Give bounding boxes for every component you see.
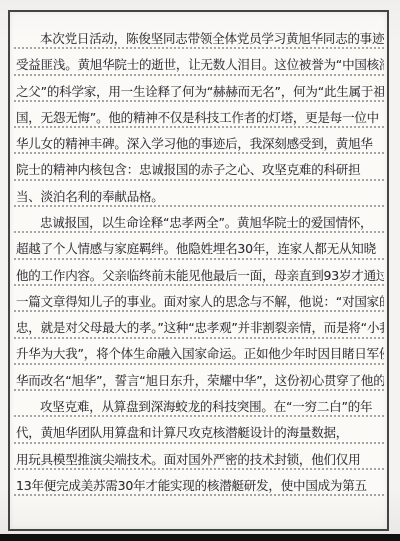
handwritten-line-text: 代，黄旭华团队用算盘和计算尺攻克核潜艇设计的海量数据， [16,426,348,440]
handwritten-line: 攻坚克难，从算盘到深海蛟龙的科技突围。在“一穷二白”的年 [14,391,384,417]
handwritten-line-text: 他的工作内容。父亲临终前未能见他最后一面，母亲直到93岁才通过 [16,269,384,283]
handwritten-line-text: 华儿女的精神丰碑。深入学习他的事迹后，我深刻感受到，黄旭华 [16,137,373,151]
handwritten-line-text: 之父”的科学家，用一生诠释了何为“赫赫而无名”，何为“此生属于祖 [16,85,384,99]
handwritten-line: 忠诚报国，以生命诠释“忠孝两全”。黄旭华院士的爱国情怀， [14,207,384,233]
handwritten-line: 用玩具模型推演尖端技术。面对国外严密的技术封锁，他们仅用 [14,444,384,470]
paper-border-frame: 本次党日活动，陈俊坚同志带领全体党员学习黄旭华同志的事迹，令我 受益匪浅。黄旭华… [8,10,389,531]
handwritten-line: 华儿女的精神丰碑。深入学习他的事迹后，我深刻感受到，黄旭华 [14,128,384,154]
photo-of-handwritten-page: 本次党日活动，陈俊坚同志带领全体党员学习黄旭华同志的事迹，令我 受益匪浅。黄旭华… [0,0,400,541]
handwritten-line: 国，无怨无悔”。他的精神不仅是科技工作者的灯塔，更是每一位中 [14,102,384,128]
handwritten-line-text: 攻坚克难，从算盘到深海蛟龙的科技突围。在“一穷二白”的年 [40,400,372,414]
handwritten-line: 忠，就是对父母最大的孝。”这种“忠孝观”并非割裂亲情，而是将“小我 [14,312,384,338]
handwritten-line: 他的工作内容。父亲临终前未能见他最后一面，母亲直到93岁才通过 [14,260,384,286]
handwritten-line: 本次党日活动，陈俊坚同志带领全体党员学习黄旭华同志的事迹，令我 [14,23,384,49]
handwritten-line: 超越了个人情感与家庭羁绊。他隐姓埋名30年，连家人都无从知晓 [14,233,384,259]
handwritten-line-text: 升华为大我”，将个体生命融入国家命运。正如他少年时因目睹日军侵 [16,347,384,361]
manuscript: 本次党日活动，陈俊坚同志带领全体党员学习黄旭华同志的事迹，令我 受益匪浅。黄旭华… [14,23,384,496]
handwritten-line-text: 华而改名“旭华”，誓言“旭日东升，荣耀中华”，这份初心贯穿了他的一生 [16,374,384,388]
handwritten-line-text: 本次党日活动，陈俊坚同志带领全体党员学习黄旭华同志的事迹，令我 [40,32,384,46]
handwritten-line-text: 用玩具模型推演尖端技术。面对国外严密的技术封锁，他们仅用 [16,453,360,467]
handwritten-line: 华而改名“旭华”，誓言“旭日东升，荣耀中华”，这份初心贯穿了他的一生 [14,365,384,391]
handwritten-line: 升华为大我”，将个体生命融入国家命运。正如他少年时因目睹日军侵 [14,339,384,365]
handwritten-line: 当、淡泊名利的奉献品格。 [14,181,384,207]
handwritten-line: 院士的精神内核包含：忠诚报国的赤子之心、攻坚克难的科研担 [14,154,384,180]
handwritten-line: 受益匪浅。黄旭华院士的逝世，让无数人泪目。这位被誉为“中国核潜艇 [14,49,384,75]
handwritten-line: 代，黄旭华团队用算盘和计算尺攻克核潜艇设计的海量数据， [14,417,384,443]
handwritten-line-text: 国，无怨无悔”。他的精神不仅是科技工作者的灯塔，更是每一位中 [16,111,379,125]
handwritten-line-text: 忠，就是对父母最大的孝。”这种“忠孝观”并非割裂亲情，而是将“小我 [16,321,384,335]
photo-bottom-edge [0,534,400,541]
handwritten-line-text: 13年便完成美苏需30年才能实现的核潜艇研发，使中国成为第五 [16,479,367,493]
handwritten-line-text: 院士的精神内核包含：忠诚报国的赤子之心、攻坚克难的科研担 [16,163,360,177]
handwritten-line-text: 一篇文章得知儿子的事业。面对家人的思念与不解，他说：“对国家的 [16,295,384,309]
handwritten-line: 一篇文章得知儿子的事业。面对家人的思念与不解，他说：“对国家的 [14,286,384,312]
handwritten-line-text: 当、淡泊名利的奉献品格。 [16,190,164,204]
handwritten-line-text: 受益匪浅。黄旭华院士的逝世，让无数人泪目。这位被誉为“中国核潜艇 [16,58,384,72]
handwritten-line-text: 忠诚报国，以生命诠释“忠孝两全”。黄旭华院士的爱国情怀， [40,216,372,230]
handwritten-line-text: 超越了个人情感与家庭羁绊。他隐姓埋名30年，连家人都无从知晓 [16,242,376,256]
handwritten-line: 13年便完成美苏需30年才能实现的核潜艇研发，使中国成为第五 [14,470,384,496]
handwritten-line: 之父”的科学家，用一生诠释了何为“赫赫而无名”，何为“此生属于祖 [14,76,384,102]
